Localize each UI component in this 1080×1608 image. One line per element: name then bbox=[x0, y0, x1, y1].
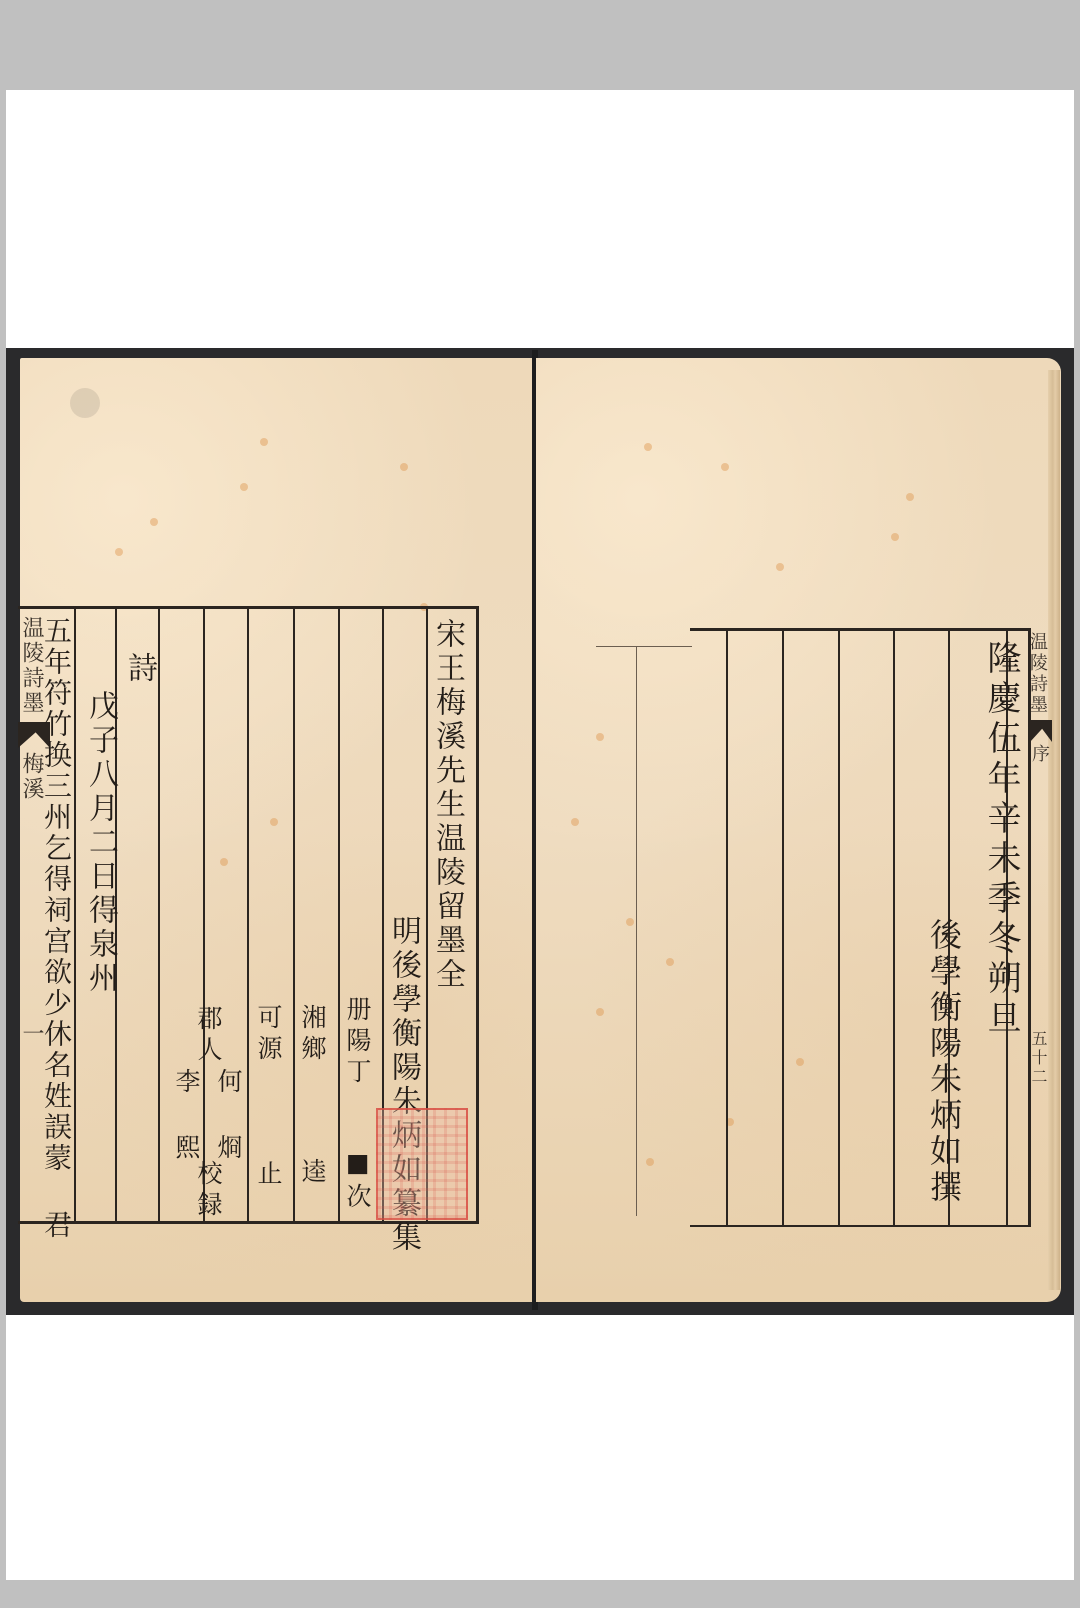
foxing-spot bbox=[596, 1008, 604, 1016]
right-text-frame bbox=[690, 628, 1031, 1227]
margin-title: 温陵詩墨 bbox=[1028, 632, 1046, 716]
margin-section: 序 bbox=[1030, 744, 1048, 765]
column-rule bbox=[293, 609, 295, 1221]
foxing-spot bbox=[721, 463, 729, 471]
editor-role: 校録 bbox=[196, 1160, 221, 1222]
collector-seal bbox=[376, 1108, 468, 1220]
stain bbox=[70, 388, 100, 418]
author-credit: 後學衡陽朱炳如撰 bbox=[928, 918, 960, 1206]
poem-line: 五年符竹换三州乞得祠宫欲少休名姓誤蒙 君 bbox=[42, 616, 70, 1241]
foxing-spot bbox=[776, 563, 784, 571]
column-rule bbox=[203, 609, 205, 1221]
editor-name: 可源 bbox=[256, 1004, 281, 1066]
editor-name: 何 烱 bbox=[216, 1068, 241, 1165]
editor-suffix: 逵 bbox=[300, 1158, 325, 1189]
editor-suffix: 止 bbox=[256, 1160, 281, 1191]
foxing-spot bbox=[906, 493, 914, 501]
date-line: 隆慶伍年辛未季冬朔旦 bbox=[984, 640, 1018, 1040]
column-rule bbox=[893, 631, 895, 1225]
foxing-spot bbox=[240, 483, 248, 491]
book-title: 宋王梅溪先生温陵留墨全 bbox=[432, 618, 462, 992]
foxing-spot bbox=[260, 438, 268, 446]
faint-rule bbox=[596, 646, 692, 647]
margin-rule bbox=[74, 609, 76, 1221]
margin-section: 梅溪 bbox=[20, 752, 42, 802]
foxing-spot bbox=[666, 958, 674, 966]
margin-page-number: 五十二 bbox=[1030, 1030, 1046, 1087]
foxing-spot bbox=[626, 918, 634, 926]
section-heading: 詩 bbox=[124, 652, 154, 686]
margin-page-number: 一 bbox=[20, 1022, 42, 1047]
foxing-spot bbox=[150, 518, 158, 526]
editor-name: 李 熙 bbox=[174, 1068, 199, 1165]
foxing-spot bbox=[115, 548, 123, 556]
column-rule bbox=[838, 631, 840, 1225]
foxing-spot bbox=[571, 818, 579, 826]
editor-place: 册陽丁 bbox=[345, 996, 370, 1089]
column-rule bbox=[338, 609, 340, 1221]
foxing-spot bbox=[400, 463, 408, 471]
column-rule bbox=[782, 631, 784, 1225]
column-rule bbox=[158, 609, 160, 1221]
column-rule bbox=[726, 631, 728, 1225]
editor-origin: 郡人 bbox=[196, 1005, 221, 1067]
foxing-spot bbox=[646, 1158, 654, 1166]
page-edges bbox=[1048, 370, 1060, 1290]
editor-place: 湘鄉 bbox=[300, 1004, 325, 1066]
foxing-spot bbox=[596, 733, 604, 741]
poem-title: 戊子八月二日得泉州 bbox=[85, 690, 115, 996]
foxing-spot bbox=[644, 443, 652, 451]
column-rule bbox=[247, 609, 249, 1221]
margin-title: 温陵詩墨 bbox=[20, 616, 42, 716]
foxing-spot bbox=[891, 533, 899, 541]
editor-suffix: ■次 bbox=[345, 1148, 370, 1214]
faint-rule bbox=[636, 646, 637, 1216]
